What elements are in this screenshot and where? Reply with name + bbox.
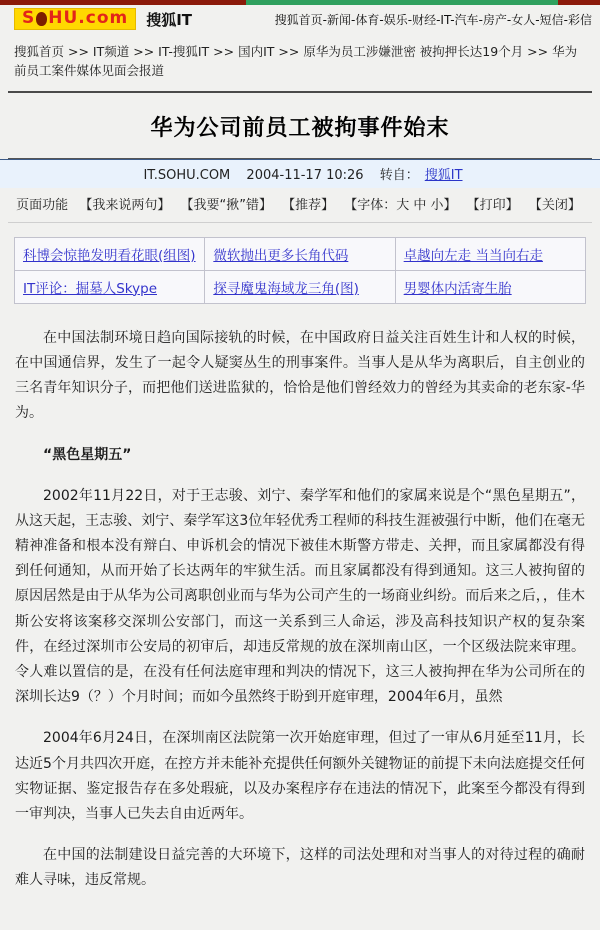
comment-button[interactable]: 【我来说两句】 [79, 198, 170, 213]
top-strip-maroon-right [558, 0, 600, 5]
related-links-table: 科博会惊艳发明看花眼(组图) 微软抛出更多长角代码 卓越向左走 当当向右走 IT… [14, 237, 586, 304]
page-functions-label: 页面功能 [16, 198, 68, 213]
breadcrumb-separator: >> [129, 44, 158, 59]
breadcrumb-separator: >> [64, 44, 93, 59]
breadcrumb-domestic-it[interactable]: 国内IT [238, 44, 274, 59]
nav-item-entertainment[interactable]: 娱乐 [384, 13, 408, 27]
breadcrumb-separator: >> [523, 44, 552, 59]
top-strip-maroon-left [0, 0, 246, 5]
top-color-strip [0, 0, 600, 5]
related-link[interactable]: 卓越向左走 当当向右走 [404, 248, 543, 264]
article-paragraph: 2004年6月24日，在深圳南区法院第一次开始庭审理，但过了一审从6月延至11月… [15, 726, 585, 827]
article-title: 华为公司前员工被拘事件始末 [0, 93, 600, 158]
related-links-section: 科博会惊艳发明看花眼(组图) 微软抛出更多长角代码 卓越向左走 当当向右走 IT… [0, 223, 600, 304]
nav-item-finance[interactable]: 财经 [412, 13, 436, 27]
report-error-button[interactable]: 【我要“揪”错】 [180, 198, 271, 213]
breadcrumb-it-channel[interactable]: IT频道 [93, 44, 129, 59]
print-button[interactable]: 【打印】 [467, 198, 519, 213]
meta-site: IT.SOHU.COM [143, 168, 230, 183]
breadcrumb-separator: >> [209, 44, 238, 59]
sohu-logo[interactable]: S HU.com [14, 8, 136, 30]
related-link-cell: 探寻魔鬼海域龙三角(图) [205, 270, 395, 303]
nav-item-house[interactable]: 房产 [483, 13, 507, 27]
related-link-cell: 卓越向左走 当当向右走 [395, 237, 585, 270]
table-row: 科博会惊艳发明看花眼(组图) 微软抛出更多长角代码 卓越向左走 当当向右走 [15, 237, 586, 270]
nav-item-home[interactable]: 搜狐首页 [275, 13, 323, 27]
nav-item-news[interactable]: 新闻 [327, 13, 351, 27]
font-size-control[interactable]: 【字体：大 中 小】 [344, 198, 456, 213]
related-link[interactable]: 微软抛出更多长角代码 [213, 248, 348, 264]
site-header: S HU.com 搜狐IT 搜狐首页-新闻-体育-娱乐-财经-IT-汽车-房产-… [0, 5, 600, 32]
breadcrumb: 搜狐首页 >> IT频道 >> IT-搜狐IT >> 国内IT >> 原华为员工… [0, 32, 600, 89]
page-functions-bar: 页面功能 【我来说两句】 【我要“揪”错】 【推荐】 【字体：大 中 小】 【打… [0, 188, 600, 218]
meta-source-label: 转自： [380, 168, 419, 183]
table-row: IT评论：掘墓人Skype 探寻魔鬼海域龙三角(图) 男婴体内活寄生胎 [15, 270, 586, 303]
related-link[interactable]: 男婴体内活寄生胎 [404, 281, 512, 297]
breadcrumb-it-sohu[interactable]: IT-搜狐IT [158, 44, 209, 59]
related-link[interactable]: IT评论：掘墓人Skype [23, 281, 157, 297]
related-link-cell: 男婴体内活寄生胎 [395, 270, 585, 303]
article-body: 在中国法制环境日趋向国际接轨的时候，在中国政府日益关注百姓生计和人权的时候，在中… [0, 304, 600, 930]
meta-source-link[interactable]: 搜狐IT [425, 168, 463, 183]
sohu-logo-text-s: S [22, 10, 35, 27]
top-strip-green [246, 0, 558, 5]
related-link-cell: 科博会惊艳发明看花眼(组图) [15, 237, 205, 270]
nav-item-mms[interactable]: 彩信 [568, 13, 592, 27]
close-button[interactable]: 【关闭】 [529, 198, 581, 213]
meta-datetime: 2004-11-17 10:26 [246, 168, 363, 183]
section-heading-black-friday: “黑色星期五” [15, 443, 585, 468]
top-navigation: 搜狐首页-新闻-体育-娱乐-财经-IT-汽车-房产-女人-短信-彩信 [275, 11, 592, 28]
breadcrumb-home[interactable]: 搜狐首页 [14, 44, 64, 59]
nav-item-women[interactable]: 女人 [511, 13, 535, 27]
related-link[interactable]: 科博会惊艳发明看花眼(组图) [23, 248, 196, 264]
article-paragraph: 2002年11月22日，对于王志骏、刘宁、秦学军和他们的家属来说是个“黑色星期五… [15, 484, 585, 711]
nav-item-it[interactable]: IT [440, 13, 450, 27]
channel-title: 搜狐IT [146, 9, 192, 30]
related-link[interactable]: 探寻魔鬼海域龙三角(图) [213, 281, 359, 297]
nav-item-sms[interactable]: 短信 [540, 13, 564, 27]
nav-item-auto[interactable]: 汽车 [455, 13, 479, 27]
breadcrumb-topic[interactable]: 原华为员工涉嫌泄密 被拘押长达19个月 [303, 44, 523, 59]
sohu-fox-icon [36, 12, 47, 26]
recommend-button[interactable]: 【推荐】 [282, 198, 334, 213]
related-link-cell: 微软抛出更多长角代码 [205, 237, 395, 270]
article-paragraph: 在中国法制环境日趋向国际接轨的时候，在中国政府日益关注百姓生计和人权的时候，在中… [15, 326, 585, 427]
nav-item-sports[interactable]: 体育 [355, 13, 379, 27]
breadcrumb-separator: >> [274, 44, 303, 59]
article-meta-bar: IT.SOHU.COM 2004-11-17 10:26 转自：搜狐IT [0, 159, 600, 188]
sohu-logo-text-rest: HU.com [48, 10, 128, 27]
related-link-cell: IT评论：掘墓人Skype [15, 270, 205, 303]
article-paragraph: 在中国的法制建设日益完善的大环境下，这样的司法处理和对当事人的对待过程的确耐难人… [15, 843, 585, 893]
